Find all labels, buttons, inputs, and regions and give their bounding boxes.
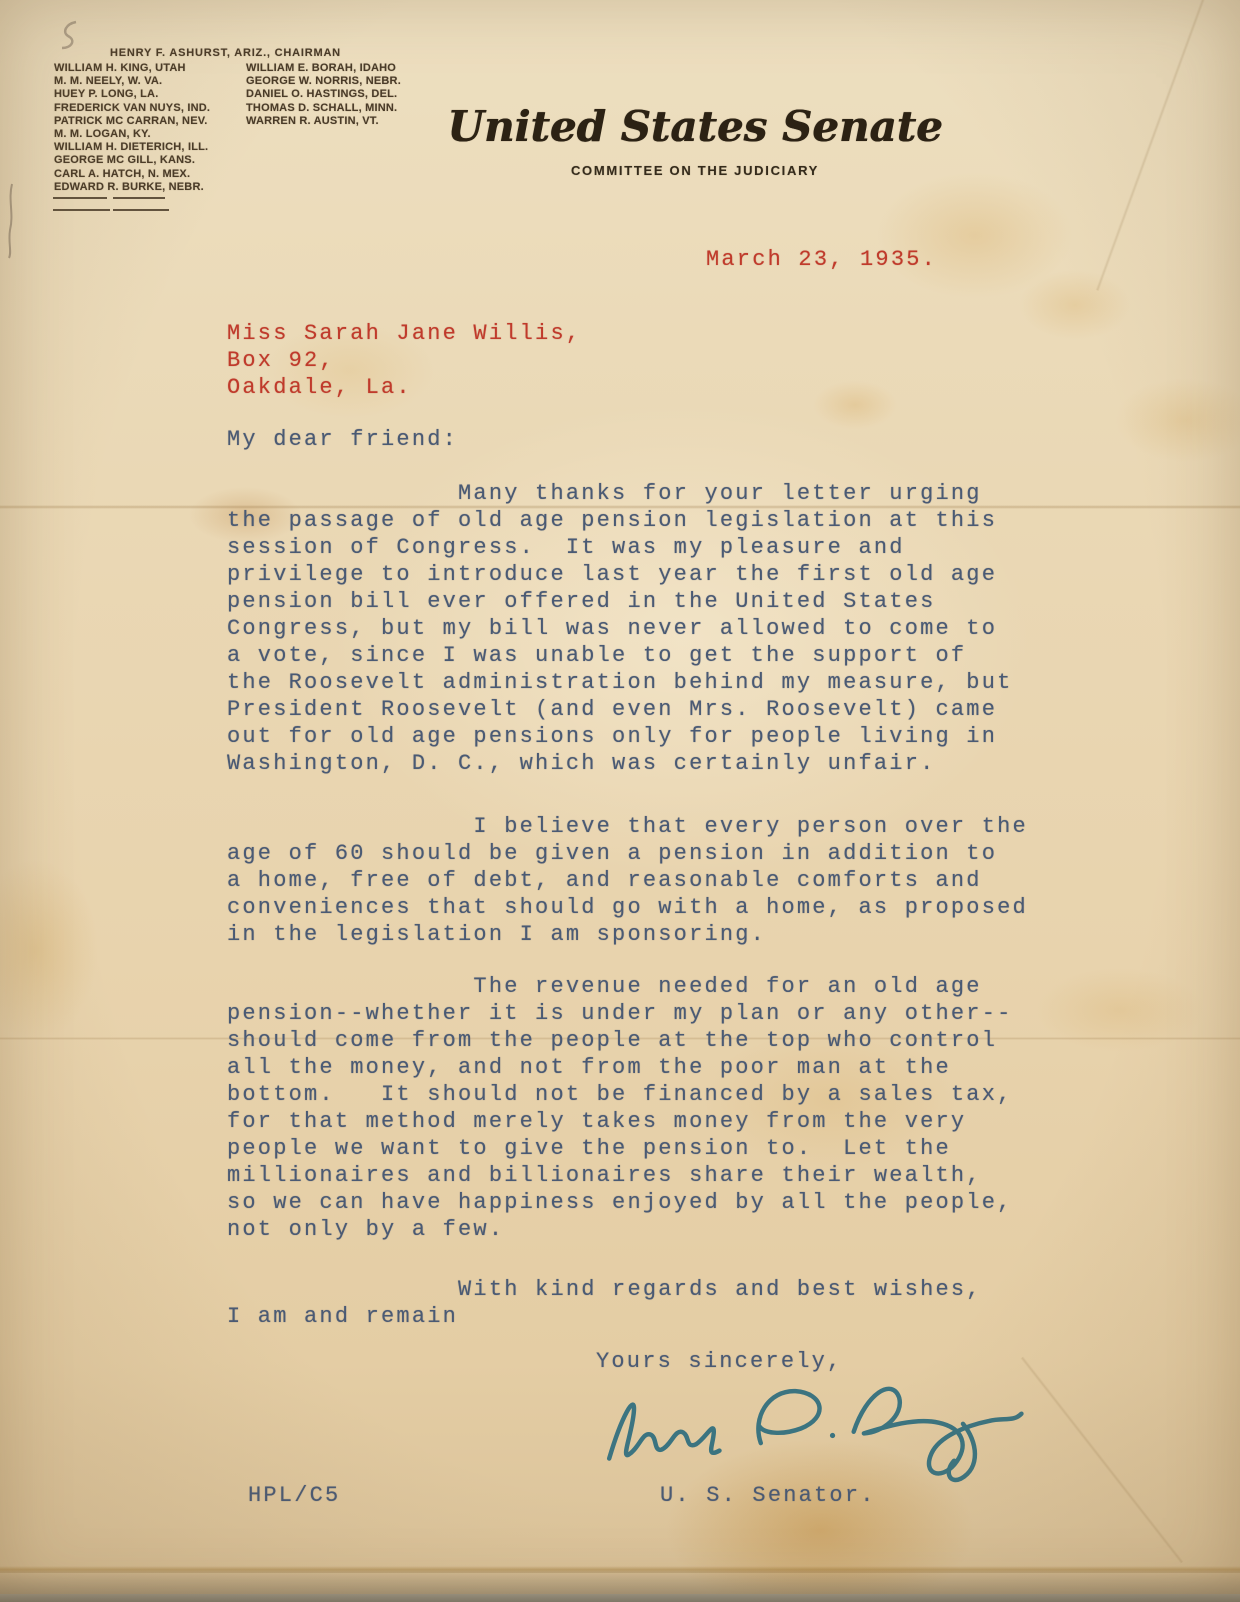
recipient-line: Oakdale, La. xyxy=(227,374,581,401)
paper-bottom-edge xyxy=(0,1594,1240,1602)
letterhead-rule xyxy=(53,209,110,211)
crease-diagonal-bottomright xyxy=(1020,1356,1183,1563)
letter-date: March 23, 1935. xyxy=(706,246,937,273)
senator-name: M. M. LOGAN, KY. xyxy=(54,128,210,141)
crease-diagonal-topright xyxy=(1095,0,1208,291)
recipient-line: Miss Sarah Jane Willis, xyxy=(227,320,581,347)
signer-title: U. S. Senator. xyxy=(660,1482,876,1509)
body-paragraph-2: I believe that every person over the age… xyxy=(227,813,1028,948)
page-subtitle: COMMITTEE ON THE JUDICIARY xyxy=(445,163,945,178)
senator-name: PATRICK MC CARRAN, NEV. xyxy=(54,115,210,128)
senator-name: HUEY P. LONG, LA. xyxy=(54,88,210,101)
letterhead-right-column: WILLIAM E. BORAH, IDAHO GEORGE W. NORRIS… xyxy=(246,62,401,128)
senator-name: THOMAS D. SCHALL, MINN. xyxy=(246,102,401,115)
smudge-mark-topleft xyxy=(52,18,88,52)
salutation: My dear friend: xyxy=(227,426,458,453)
body-paragraph-1: Many thanks for your letter urging the p… xyxy=(227,480,1013,777)
senator-name: WARREN R. AUSTIN, VT. xyxy=(246,115,401,128)
body-paragraph-4: With kind regards and best wishes, I am … xyxy=(227,1276,982,1330)
senator-name: WILLIAM E. BORAH, IDAHO xyxy=(246,62,401,75)
letterhead-rule xyxy=(53,197,107,199)
letterhead-rule xyxy=(113,209,169,211)
recipient-line: Box 92, xyxy=(227,347,581,374)
fold-crease-bottom xyxy=(0,1566,1240,1573)
senator-name: DANIEL O. HASTINGS, DEL. xyxy=(246,88,401,101)
senator-name: CARL A. HATCH, N. MEX. xyxy=(54,168,210,181)
senator-name: GEORGE MC GILL, KANS. xyxy=(54,154,210,167)
senator-name: WILLIAM H. KING, UTAH xyxy=(54,62,210,75)
letterhead-rule xyxy=(113,197,165,199)
page-title: United States Senate xyxy=(445,102,945,151)
body-paragraph-3: The revenue needed for an old age pensio… xyxy=(227,973,1013,1243)
letterhead-chairman: HENRY F. ASHURST, ARIZ., CHAIRMAN xyxy=(110,47,341,59)
senator-name: WILLIAM H. DIETERICH, ILL. xyxy=(54,141,210,154)
paper-bottom-shadow xyxy=(0,1569,1240,1595)
senator-name: M. M. NEELY, W. VA. xyxy=(54,75,210,88)
letterhead-left-column: WILLIAM H. KING, UTAH M. M. NEELY, W. VA… xyxy=(54,62,210,194)
senator-name: FREDERICK VAN NUYS, IND. xyxy=(54,102,210,115)
signature-huey-p-long xyxy=(592,1366,1038,1490)
reference-initials: HPL/C5 xyxy=(248,1482,340,1509)
senator-name: GEORGE W. NORRIS, NEBR. xyxy=(246,75,401,88)
pencil-mark-left-edge xyxy=(2,180,22,260)
recipient-address: Miss Sarah Jane Willis, Box 92, Oakdale,… xyxy=(227,320,581,401)
letter-page: HENRY F. ASHURST, ARIZ., CHAIRMAN WILLIA… xyxy=(0,0,1240,1602)
senator-name: EDWARD R. BURKE, NEBR. xyxy=(54,181,210,194)
